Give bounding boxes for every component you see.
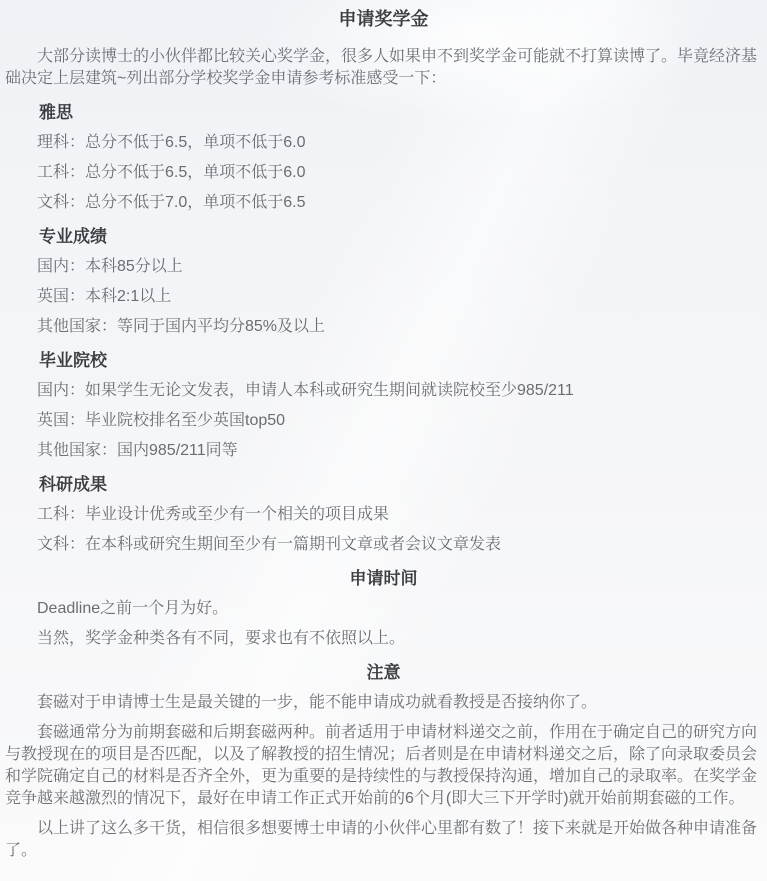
requirement-line: 理科：总分不低于6.5，单项不低于6.0 xyxy=(5,132,762,154)
article: 申请奖学金 大部分读博士的小伙伴都比较关心奖学金，很多人如果申不到奖学金可能就不… xyxy=(0,8,767,881)
notice-paragraph: 以上讲了这么多干货，相信很多想要博士申请的小伙伴心里都有数了！接下来就是开始做各… xyxy=(5,818,762,862)
requirement-line: 英国：本科2:1以上 xyxy=(5,286,762,308)
timing-paragraph: 当然，奖学金种类各有不同，要求也有不依照以上。 xyxy=(5,628,762,650)
requirement-line: 其他国家：等同于国内平均分85%及以上 xyxy=(5,316,762,338)
section-heading-research-output: 科研成果 xyxy=(5,474,762,496)
requirement-line: 文科：在本科或研究生期间至少有一篇期刊文章或者会议文章发表 xyxy=(5,534,762,556)
section-heading-graduation-school: 毕业院校 xyxy=(5,350,762,372)
requirement-line: 工科：总分不低于6.5，单项不低于6.0 xyxy=(5,162,762,184)
timing-paragraph: Deadline之前一个月为好。 xyxy=(5,598,762,620)
section-heading-major-grades: 专业成绩 xyxy=(5,226,762,248)
section-heading-notice: 注意 xyxy=(5,662,762,684)
section-heading-application-time: 申请时间 xyxy=(5,568,762,590)
requirement-line: 国内：本科85分以上 xyxy=(5,256,762,278)
notice-paragraph: 套磁通常分为前期套磁和后期套磁两种。前者适用于申请材料递交之前，作用在于确定自己… xyxy=(5,722,762,810)
requirement-line: 文科：总分不低于7.0，单项不低于6.5 xyxy=(5,192,762,214)
requirement-line: 其他国家：国内985/211同等 xyxy=(5,440,762,462)
intro-paragraph: 大部分读博士的小伙伴都比较关心奖学金，很多人如果申不到奖学金可能就不打算读博了。… xyxy=(5,46,762,90)
notice-paragraph: 套磁对于申请博士生是最关键的一步，能不能申请成功就看教授是否接纳你了。 xyxy=(5,692,762,714)
requirement-line: 工科：毕业设计优秀或至少有一个相关的项目成果 xyxy=(5,504,762,526)
section-heading-ielts: 雅思 xyxy=(5,102,762,124)
article-title: 申请奖学金 xyxy=(5,8,762,30)
requirement-line: 英国：毕业院校排名至少英国top50 xyxy=(5,410,762,432)
requirement-line: 国内：如果学生无论文发表，申请人本科或研究生期间就读院校至少985/211 xyxy=(5,380,762,402)
